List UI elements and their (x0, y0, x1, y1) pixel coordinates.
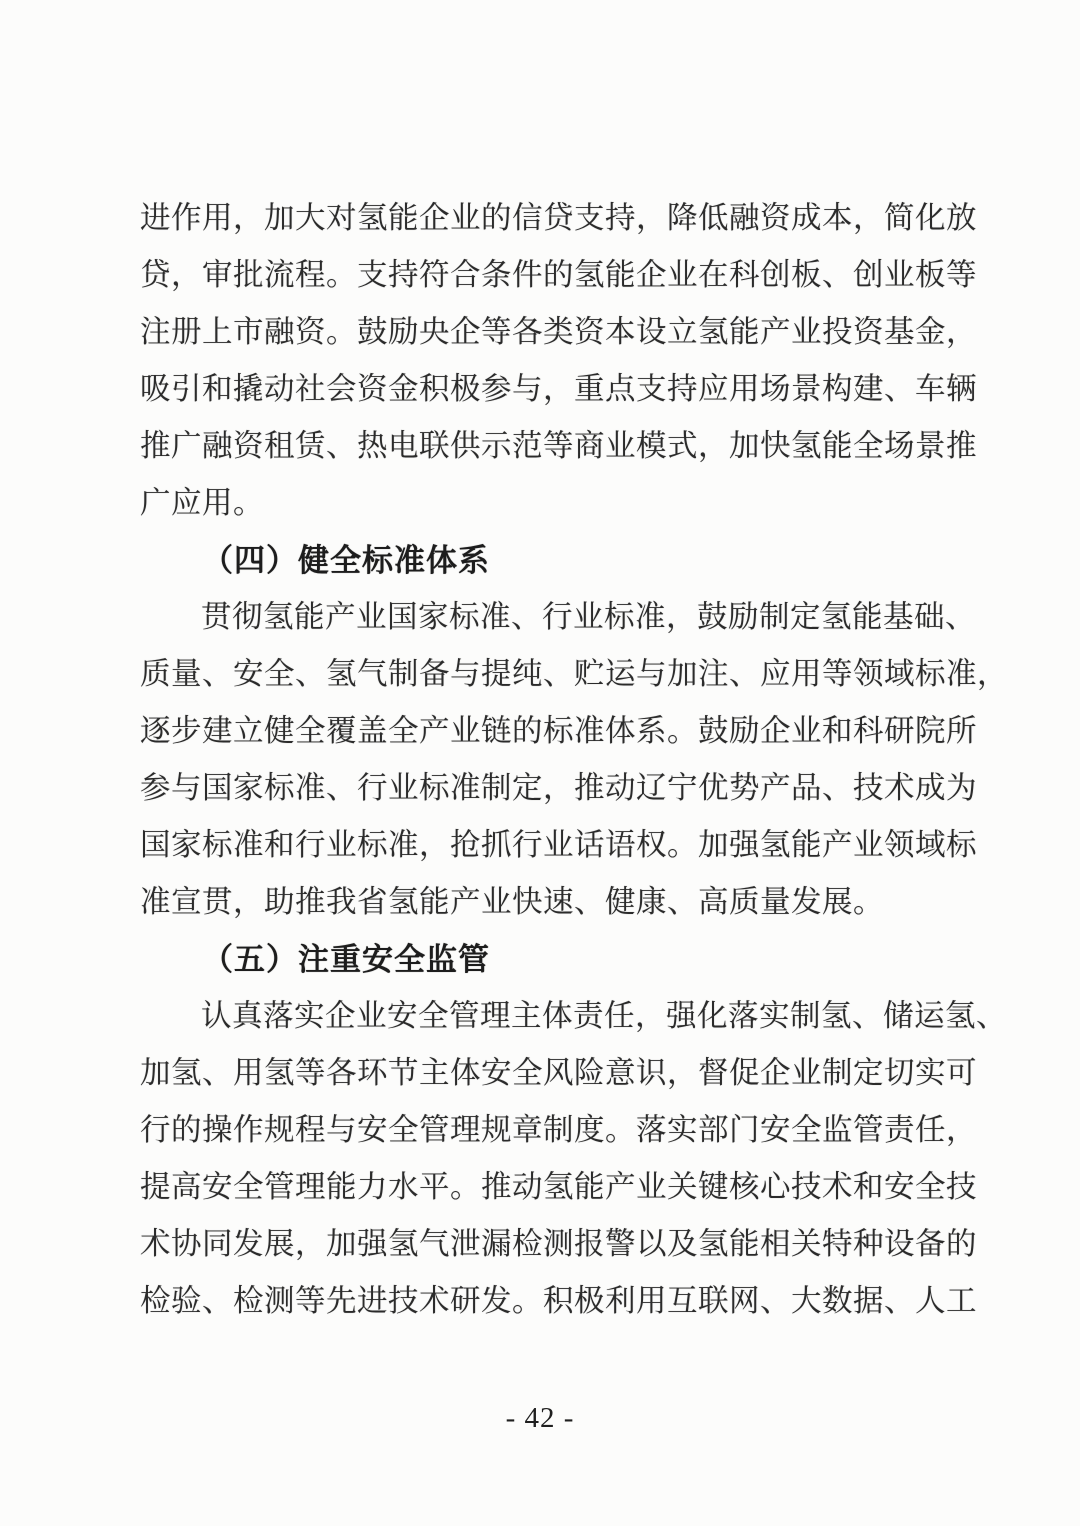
page-number: - 42 - (0, 1398, 1080, 1438)
section-heading-4: （四）健全标准体系 (140, 532, 942, 589)
document-body: 进作用，加大对氢能企业的信贷支持，降低融资成本，简化放 贷，审批流程。支持符合条… (140, 190, 942, 1330)
section-heading-5: （五）注重安全监管 (140, 931, 942, 988)
paragraph-continuation: 进作用，加大对氢能企业的信贷支持，降低融资成本，简化放 贷，审批流程。支持符合条… (140, 190, 942, 532)
text-line: 注册上市融资。鼓励央企等各类资本设立氢能产业投资基金， (140, 304, 942, 361)
text-line: 检验、检测等先进技术研发。积极利用互联网、大数据、人工 (140, 1273, 942, 1330)
text-line: 参与国家标准、行业标准制定，推动辽宁优势产品、技术成为 (140, 760, 942, 817)
document-page: 进作用，加大对氢能企业的信贷支持，降低融资成本，简化放 贷，审批流程。支持符合条… (0, 0, 1080, 1526)
paragraph-safety: 认真落实企业安全管理主体责任，强化落实制氢、储运氢、 加氢、用氢等各环节主体安全… (140, 988, 942, 1330)
text-line: 吸引和撬动社会资金积极参与，重点支持应用场景构建、车辆 (140, 361, 942, 418)
text-line: 提高安全管理能力水平。推动氢能产业关键核心技术和安全技 (140, 1159, 942, 1216)
text-line: 逐步建立健全覆盖全产业链的标准体系。鼓励企业和科研院所 (140, 703, 942, 760)
text-line: 行的操作规程与安全管理规章制度。落实部门安全监管责任， (140, 1102, 942, 1159)
text-line: 贷，审批流程。支持符合条件的氢能企业在科创板、创业板等 (140, 247, 942, 304)
text-line: 进作用，加大对氢能企业的信贷支持，降低融资成本，简化放 (140, 190, 942, 247)
text-line: 准宣贯，助推我省氢能产业快速、健康、高质量发展。 (140, 874, 942, 931)
text-line: 质量、安全、氢气制备与提纯、贮运与加注、应用等领域标准， (140, 646, 942, 703)
text-line: 推广融资租赁、热电联供示范等商业模式，加快氢能全场景推 (140, 418, 942, 475)
text-line: 广应用。 (140, 475, 942, 532)
text-line: 加氢、用氢等各环节主体安全风险意识，督促企业制定切实可 (140, 1045, 942, 1102)
text-line: 认真落实企业安全管理主体责任，强化落实制氢、储运氢、 (140, 988, 942, 1045)
text-line: 国家标准和行业标准，抢抓行业话语权。加强氢能产业领域标 (140, 817, 942, 874)
paragraph-standards: 贯彻氢能产业国家标准、行业标准，鼓励制定氢能基础、 质量、安全、氢气制备与提纯、… (140, 589, 942, 931)
text-line: 术协同发展，加强氢气泄漏检测报警以及氢能相关特种设备的 (140, 1216, 942, 1273)
text-line: 贯彻氢能产业国家标准、行业标准，鼓励制定氢能基础、 (140, 589, 942, 646)
